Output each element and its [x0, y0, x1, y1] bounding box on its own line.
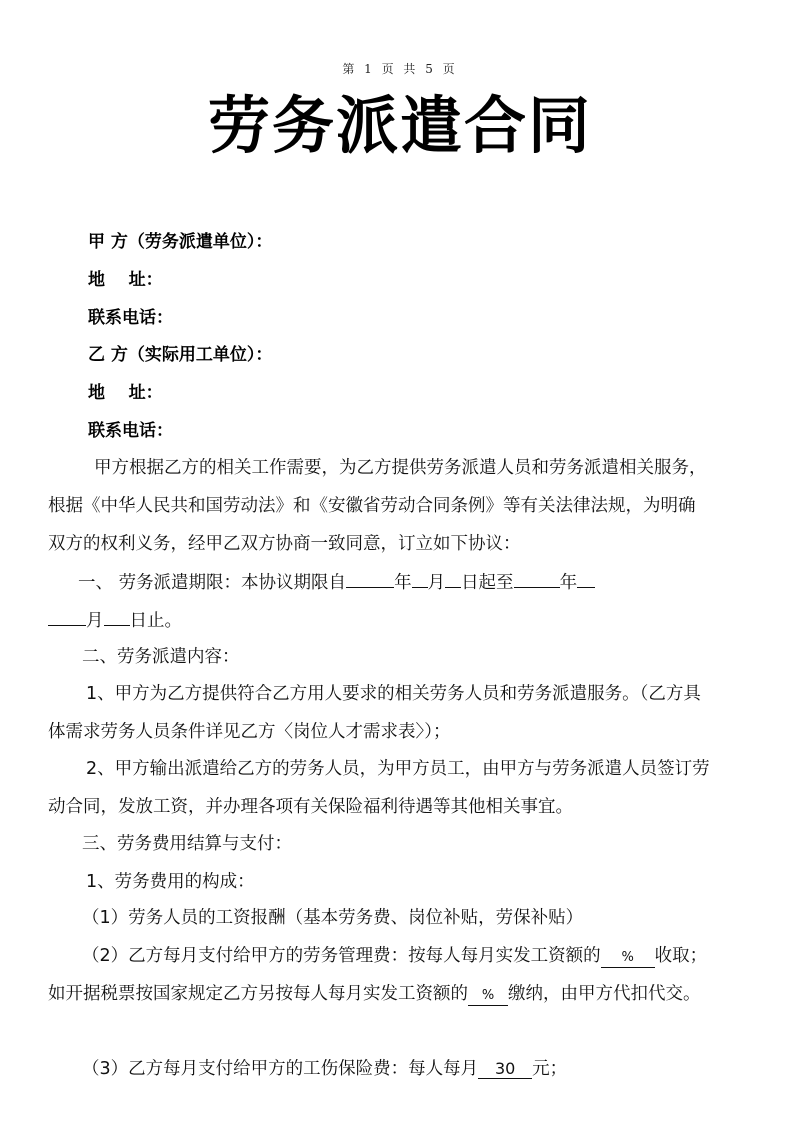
section3-sub1: 1、劳务费用的构成：: [86, 870, 800, 894]
year2-label: 年: [560, 573, 578, 593]
item2-suffix: 收取；: [655, 946, 708, 966]
page-indicator: 第 1 页 共 5 页: [0, 60, 800, 77]
section1-term-line: 一、 劳务派遣期限：本协议期限自年月日起至年: [78, 569, 798, 595]
section2-item2-line1: 2、甲方输出派遣给乙方的劳务人员，为甲方员工，由甲方与劳务派遣人员签订劳: [86, 757, 800, 781]
injury-insurance-value[interactable]: 30: [478, 1060, 532, 1079]
section2-item2-line2: 动合同，发放工资，并办理各项有关保险福利待遇等其他相关事宜。: [48, 795, 768, 819]
end-month-blank-part[interactable]: [577, 569, 595, 588]
section2-item1-line1: 1、甲方为乙方提供符合乙方用人要求的相关劳务人员和劳务派遣服务。（乙方具: [86, 682, 800, 706]
start-year-blank[interactable]: [346, 569, 394, 588]
end-year-blank[interactable]: [514, 569, 560, 588]
section1-term-line-2: 月日止。: [48, 607, 768, 633]
section3-heading: 三、劳务费用结算与支付：: [82, 832, 800, 856]
start-month-blank[interactable]: [412, 569, 428, 588]
item3-prefix: （3）乙方每月支付给甲方的工伤保险费：每人每月: [82, 1059, 478, 1079]
management-fee-percent-blank[interactable]: %: [601, 949, 655, 968]
day-end-label: 日止。: [130, 611, 183, 631]
start-day-blank[interactable]: [445, 569, 461, 588]
day-from-label: 日起至: [461, 573, 514, 593]
tax-percent-blank[interactable]: %: [468, 987, 508, 1006]
item2-line2-prefix: 如开据税票按国家规定乙方另按每人每月实发工资额的: [48, 984, 468, 1004]
party-a-address-label: 地 址：: [88, 268, 163, 292]
item3-suffix: 元；: [532, 1059, 567, 1079]
month2-label: 月: [86, 611, 104, 631]
preamble-line-3: 双方的权利义务，经甲乙双方协商一致同意，订立如下协议：: [48, 532, 768, 556]
preamble-line-2: 根据《中华人民共和国劳动法》和《安徽省劳动合同条例》等有关法律法规，为明确: [48, 494, 768, 518]
preamble-line-1: 甲方根据乙方的相关工作需要，为乙方提供劳务派遣人员和劳务派遣相关服务，: [94, 456, 800, 480]
year-label: 年: [394, 573, 412, 593]
section2-heading: 二、劳务派遣内容：: [82, 645, 800, 669]
party-a-phone-label: 联系电话：: [88, 306, 173, 330]
month-label: 月: [428, 573, 446, 593]
section2-item1-line2: 体需求劳务人员条件详见乙方〈岗位人才需求表〉）；: [48, 720, 768, 744]
document-title: 劳务派遣合同: [0, 86, 800, 166]
section3-item2-line1: （2）乙方每月支付给甲方的劳务管理费：按每人每月实发工资额的%收取；: [82, 944, 800, 968]
section3-item1: （1）劳务人员的工资报酬（基本劳务费、岗位补贴，劳保补贴）: [82, 906, 800, 930]
section1-prefix: 一、 劳务派遣期限：本协议期限自: [78, 573, 346, 593]
party-b-label: 乙 方（实际用工单位）：: [88, 343, 272, 367]
end-day-blank[interactable]: [104, 607, 130, 626]
section3-item3: （3）乙方每月支付给甲方的工伤保险费：每人每月30元；: [82, 1057, 800, 1081]
party-a-label: 甲 方（劳务派遣单位）：: [88, 230, 272, 254]
end-month-blank[interactable]: [48, 607, 86, 626]
item2-prefix: （2）乙方每月支付给甲方的劳务管理费：按每人每月实发工资额的: [82, 946, 601, 966]
item2-line2-suffix: 缴纳，由甲方代扣代交。: [508, 984, 701, 1004]
party-b-address-label: 地 址：: [88, 381, 163, 405]
party-b-phone-label: 联系电话：: [88, 419, 173, 443]
section3-item2-line2: 如开据税票按国家规定乙方另按每人每月实发工资额的%缴纳，由甲方代扣代交。: [48, 982, 768, 1006]
